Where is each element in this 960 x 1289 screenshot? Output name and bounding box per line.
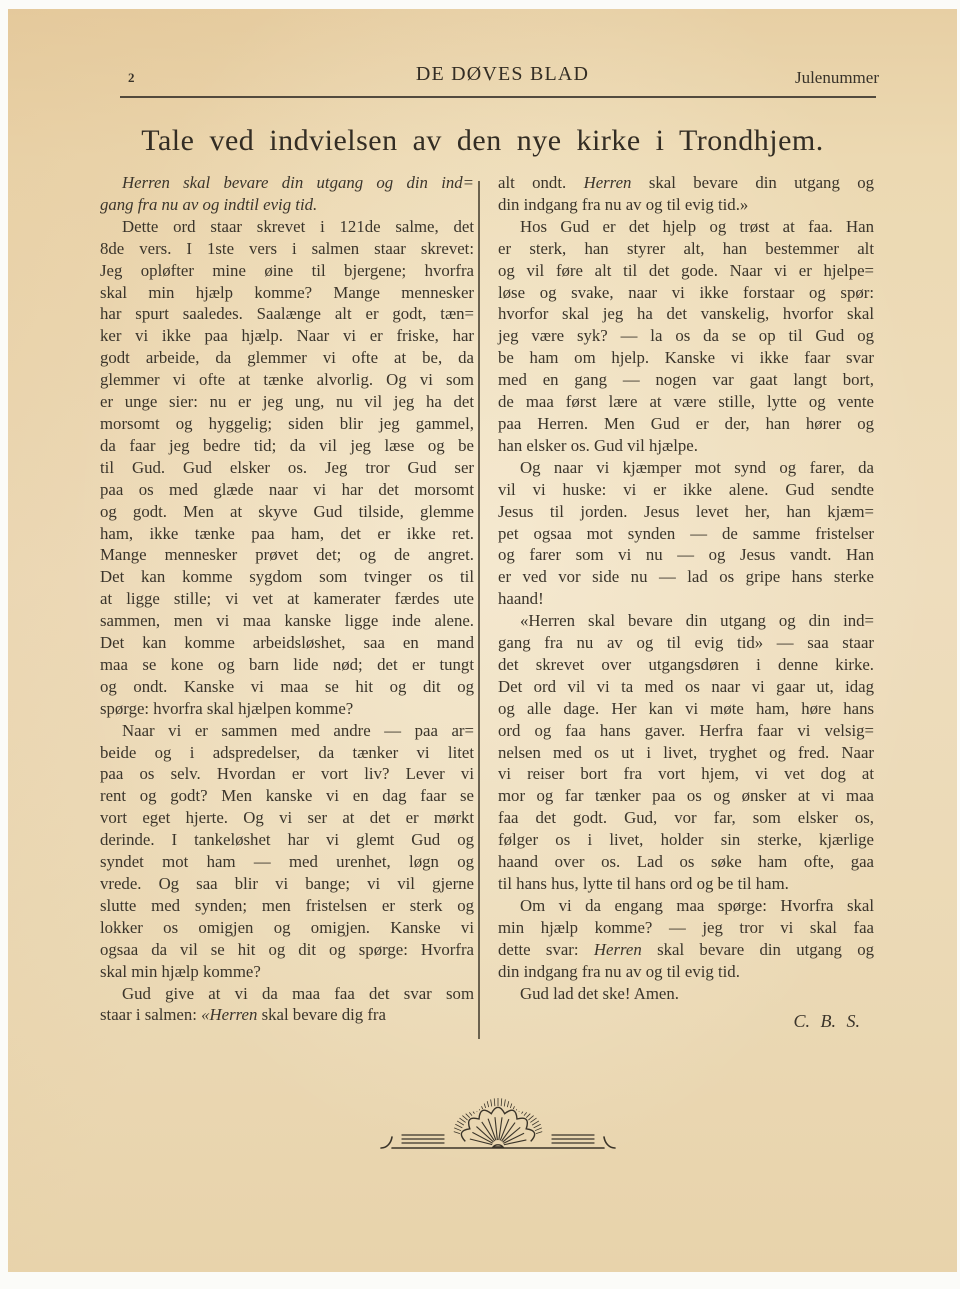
text-line: paa os med glæde naar vi har det morsomt: [100, 479, 474, 501]
text-line: og alle dage. Her kan vi møte ham, høre …: [498, 698, 874, 720]
text-line: ord og faa hans gaver. Herfra faar vi ve…: [498, 720, 874, 742]
text-line: hvorfor skal jeg ha det vanskelig, hvorf…: [498, 303, 874, 325]
text-line: be ham om hjelp. Kanske vi ikke faar sva…: [498, 347, 874, 369]
paragraph: Om vi da engang maa spørge: Hvorfra skal…: [498, 895, 874, 983]
text-line: har spurt saaledes. Saalænge alt er godt…: [100, 303, 474, 325]
text-line: pet ogsaa mot synden — de samme fristels…: [498, 523, 874, 545]
header-rule: [120, 96, 876, 98]
text-line: lokker os omigjen og omigjen. Kanske vi: [100, 917, 474, 939]
paragraph: Gud give at vi da maa faa det svar somst…: [100, 983, 474, 1027]
text-line: vil vi huske: vi er ikke alene. Gud send…: [498, 479, 874, 501]
text-line: godt arbeide, da glemmer vi ofte at be, …: [100, 347, 474, 369]
scanned-page: { "page": { "number": "2", "masthead": "…: [0, 0, 960, 1289]
text-line: vrede. Og saa blir vi bange; vi vil gjer…: [100, 873, 474, 895]
column-divider: [478, 181, 480, 1039]
text-line: faa det godt. Gud, vor far, som elsker o…: [498, 807, 874, 829]
text-line: Og naar vi kjæmper mot synd og farer, da: [498, 457, 874, 479]
text-line: Gud give at vi da maa faa det svar som: [100, 983, 474, 1005]
text-line: dette svar: Herren skal bevare din utgan…: [498, 939, 874, 961]
text-line: vi reiser bort fra vort hjem, vi vet dog…: [498, 763, 874, 785]
text-line: Det ord vil vi ta med os naar vi gaar ut…: [498, 676, 874, 698]
issue-label: Julenummer: [795, 68, 879, 88]
paragraph: Og naar vi kjæmper mot synd og farer, da…: [498, 457, 874, 610]
text-line: følger os i livet, holder sin sterke, kj…: [498, 829, 874, 851]
text-line: Naar vi er sammen med andre — paa ar=: [100, 720, 474, 742]
text-line: sammen, men vi maa kanske ligge inde ale…: [100, 610, 474, 632]
text-line: Dette ord staar skrevet i 121de salme, d…: [100, 216, 474, 238]
article-title: Tale ved indvielsen av den nye kirke i T…: [8, 124, 957, 158]
text-line: vort eget hjerte. Og vi ser at det er mø…: [100, 807, 474, 829]
text-line: er sterk, han styrer alt, han bestemmer …: [498, 238, 874, 260]
text-line: nelsen med os ut i livet, tryghet og fre…: [498, 742, 874, 764]
text-line: paa os selv. Hvordan er vort liv? Lever …: [100, 763, 474, 785]
text-line: Det kan komme sygdom som tvinger os til: [100, 566, 474, 588]
text-line: din indgang fra nu av og til evig tid.: [498, 961, 874, 983]
paragraph: Herren skal bevare din utgang og din ind…: [100, 172, 474, 216]
text-line: da faar jeg bedre tid; da vil jeg læse o…: [100, 435, 474, 457]
text-line: gang fra nu av og indtil evig tid.: [100, 194, 474, 216]
text-line: ogsaa da vil se hit og dit og spørge: Hv…: [100, 939, 474, 961]
text-line: mor og far tænker paa os og ønsker at vi…: [498, 785, 874, 807]
text-line: syndet mot ham — med urenhet, løgn og: [100, 851, 474, 873]
paper: 2 DE DØVES BLAD Julenummer Tale ved indv…: [8, 9, 957, 1272]
text-line: det skrevet over utgangsdøren i denne ki…: [498, 654, 874, 676]
text-line: at ligge stille; vi vet at kamerater fær…: [100, 588, 474, 610]
text-line: Jesus til jorden. Jesus levet her, han k…: [498, 501, 874, 523]
text-line: skal min hjælp komme?: [100, 961, 474, 983]
text-line: og vil føre alt til det gode. Naar vi er…: [498, 260, 874, 282]
text-line: Gud lad det ske! Amen.: [498, 983, 874, 1005]
text-line: min hjælp komme? — jeg tror vi skal faa: [498, 917, 874, 939]
paragraph: alt ondt. Herren skal bevare din utgang …: [498, 172, 874, 216]
text-line: løse og svake, naar vi ikke forstaar og …: [498, 282, 874, 304]
text-line: alt ondt. Herren skal bevare din utgang …: [498, 172, 874, 194]
text-line: maa se kone og barn lide nød; det er tun…: [100, 654, 474, 676]
text-line: han elsker os. Gud vil hjælpe.: [498, 435, 874, 457]
text-line: ham, ikke tænke paa ham, det er ikke ret…: [100, 523, 474, 545]
text-line: staar i salmen: «Herren skal bevare dig …: [100, 1004, 474, 1026]
text-line: glemmer vi ofte at tænke alvorlig. Og vi…: [100, 369, 474, 391]
text-line: beide og i adspredelser, da tænker vi li…: [100, 742, 474, 764]
text-line: og farer som vi nu — og Jesus vandt. Han: [498, 544, 874, 566]
paragraph: Gud lad det ske! Amen.: [498, 983, 874, 1005]
text-line: Jeg opløfter mine øine til bjergene; hvo…: [100, 260, 474, 282]
text-line: haand over os. Lad os søke ham ofte, gaa: [498, 851, 874, 873]
text-line: jeg være syk? — la os da se op til Gud o…: [498, 325, 874, 347]
text-line: gang fra nu av og til evig tid» — saa st…: [498, 632, 874, 654]
text-line: ker vi ikke paa hjælp. Naar vi er friske…: [100, 325, 474, 347]
text-line: er ved vor side nu — lad os gripe hans s…: [498, 566, 874, 588]
text-line: Mange mennesker prøvet det; og de angret…: [100, 544, 474, 566]
text-line: med en gang — nogen var gaat langt bort,: [498, 369, 874, 391]
text-line: er unge sier: nu er jeg ung, nu vil jeg …: [100, 391, 474, 413]
paragraph: Dette ord staar skrevet i 121de salme, d…: [100, 216, 474, 720]
text-line: 8de vers. I 1ste vers i salmen staar skr…: [100, 238, 474, 260]
paragraph: Naar vi er sammen med andre — paa ar=bei…: [100, 720, 474, 983]
text-line: rent og godt? Men kanske vi en dag faar …: [100, 785, 474, 807]
text-line: de maa først lære at være stille, lytte …: [498, 391, 874, 413]
text-line: slutte med synden; men fristelsen er ste…: [100, 895, 474, 917]
text-line: skal min hjælp komme? Mange mennesker: [100, 282, 474, 304]
text-line: Om vi da engang maa spørge: Hvorfra skal: [498, 895, 874, 917]
text-line: morsomt og hyggelig; siden blir jeg gamm…: [100, 413, 474, 435]
column-left: Herren skal bevare din utgang og din ind…: [100, 172, 474, 1026]
text-line: haand!: [498, 588, 874, 610]
signature: C. B. S.: [498, 1011, 860, 1032]
text-line: Hos Gud er det hjelp og trøst at faa. Ha…: [498, 216, 874, 238]
text-line: «Herren skal bevare din utgang og din in…: [498, 610, 874, 632]
text-line: din indgang fra nu av og til evig tid.»: [498, 194, 874, 216]
text-line: til hans hus, lytte til hans ord og be t…: [498, 873, 874, 895]
column-right: alt ondt. Herren skal bevare din utgang …: [498, 172, 874, 1004]
text-line: Det kan komme arbeidsløshet, saa en mand: [100, 632, 474, 654]
paragraph: «Herren skal bevare din utgang og din in…: [498, 610, 874, 895]
text-line: derinde. I tankeløshet har vi glemt Gud …: [100, 829, 474, 851]
text-line: spørge: hvorfra skal hjælpen komme?: [100, 698, 474, 720]
text-line: paa Herren. Men Gud er der, han hører og: [498, 413, 874, 435]
paragraph: Hos Gud er det hjelp og trøst at faa. Ha…: [498, 216, 874, 457]
text-line: til Gud. Gud elsker os. Jeg tror Gud ser: [100, 457, 474, 479]
text-line: Herren skal bevare din utgang og din ind…: [100, 172, 474, 194]
text-line: og godt. Men at skyve Gud tilside, glemm…: [100, 501, 474, 523]
fan-ornament: [376, 1091, 620, 1153]
text-line: og ondt. Kanske vi maa se hit og dit og: [100, 676, 474, 698]
